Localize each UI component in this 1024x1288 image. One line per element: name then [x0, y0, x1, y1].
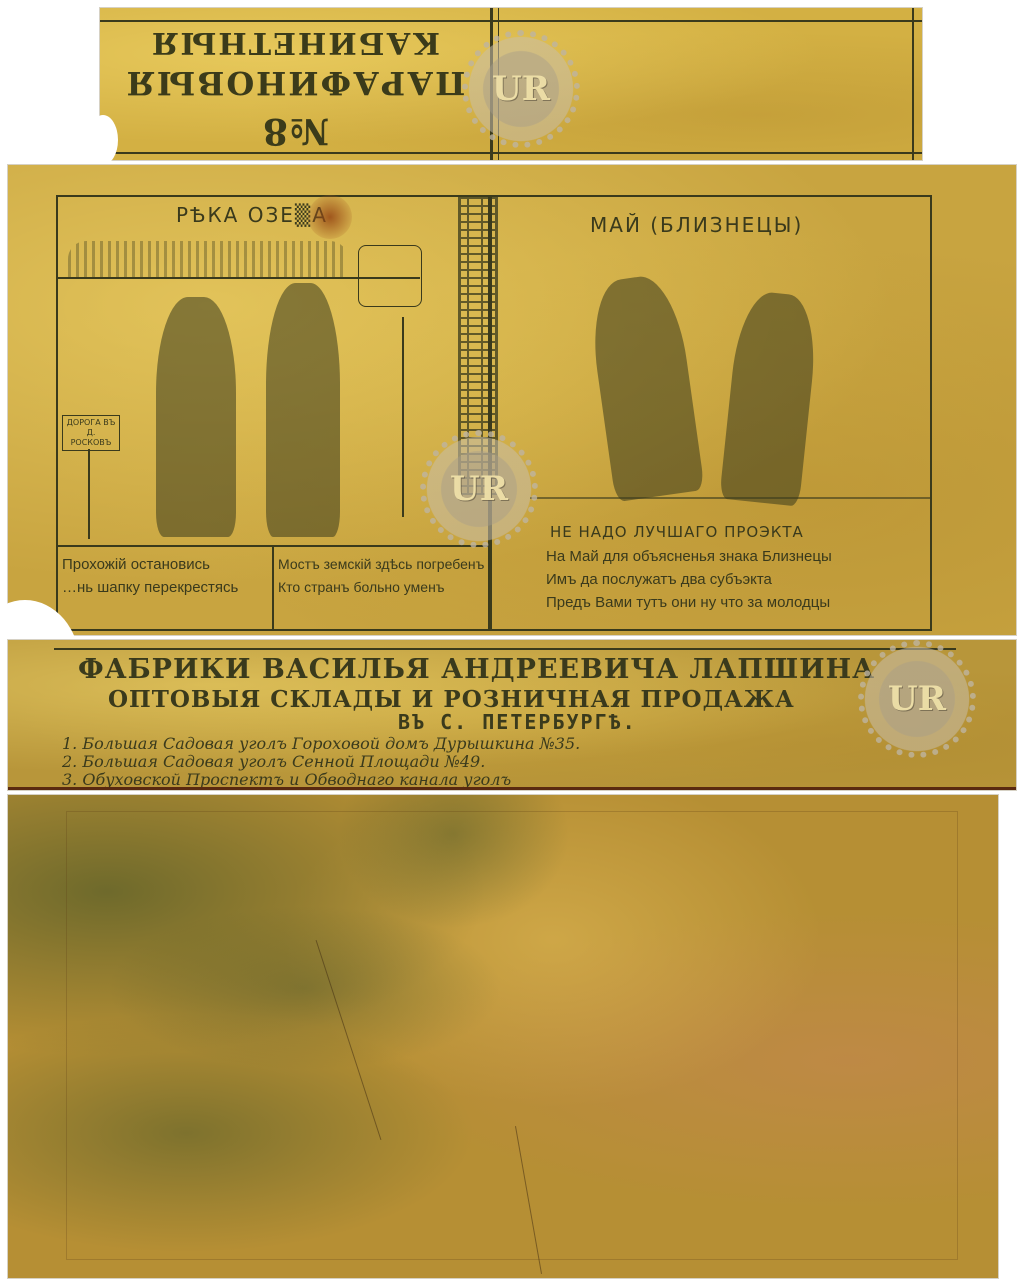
manufacturer-sales: ОПТОВЫЯ СКЛАДЫ И РОЗНИЧНАЯ ПРОДАЖА [108, 686, 795, 713]
watermark-seal: UR [462, 30, 580, 148]
manufacturer-city: ВЪ С. ПЕТЕРБУРГѢ. [398, 710, 637, 734]
verse-left: Прохожій остановись …нь шапку перекрестя… [62, 553, 238, 599]
watermark-seal: UR [858, 640, 976, 758]
verse-right: Мостъ земскій здѣсь погребенъ Кто странъ… [278, 553, 484, 599]
verse-rule [58, 545, 490, 547]
address-2: 2. Большая Садовая уголъ Сенной Площади … [62, 752, 485, 771]
manufacturer-name: ФАБРИКИ ВАСИЛЬЯ АНДРЕЕВИЧА ЛАПШИНА [78, 654, 875, 685]
road-sign: ДОРОГА ВЪ Д. РОСКОВЪ [62, 415, 120, 451]
brand-line-1: КАБИНЕТНЫЯ [100, 25, 490, 60]
man-figure-right [266, 283, 340, 537]
brand-label-upside-down: КАБИНЕТНЫЯ ПАРАФИНОВЫЯ №8 [100, 8, 490, 158]
panel-fold [66, 811, 958, 1260]
ground-line [530, 497, 930, 499]
verse-right-panel: На Май для объясненья знака Близнецы Имъ… [546, 545, 832, 614]
cossack-figure [719, 289, 821, 506]
watermark-seal: UR [420, 430, 538, 548]
sailor-figure [585, 272, 705, 502]
left-illustration-frame: РѢКА ОЗЕ▒А ДОРОГА ВЪ Д. РОСКОВЪ Прохожій… [56, 195, 492, 631]
left-panel-title: РѢКА ОЗЕ▒А [176, 203, 328, 227]
illustration-panel: РѢКА ОЗЕ▒А ДОРОГА ВЪ Д. РОСКОВЪ Прохожій… [8, 165, 1016, 635]
right-panel-subtitle: НЕ НАДО ЛУЧШАГО ПРОЭКТА [550, 523, 804, 541]
right-panel-title: МАЙ (БЛИЗНЕЦЫ) [590, 213, 803, 237]
tree-line [68, 241, 348, 277]
divider-line [912, 8, 914, 160]
rule-line [54, 648, 956, 650]
pole [402, 317, 404, 517]
address-1: 1. Большая Садовая уголъ Гороховой домъ … [62, 734, 580, 753]
right-illustration-frame: МАЙ (БЛИЗНЕЦЫ) НЕ НАДО ЛУЧШАГО ПРОЭКТА Н… [488, 195, 932, 631]
brand-number: №8 [100, 110, 490, 152]
sign-post [88, 449, 90, 539]
blank-back-panel [8, 795, 998, 1278]
rust-stain [308, 195, 352, 239]
verse-divider [272, 547, 274, 629]
man-figure-left [156, 297, 236, 537]
speech-bubble [358, 245, 422, 307]
paper-tear [88, 115, 118, 165]
brand-line-2: ПАРАФИНОВЫЯ [100, 64, 490, 102]
fold-line [8, 787, 1016, 790]
